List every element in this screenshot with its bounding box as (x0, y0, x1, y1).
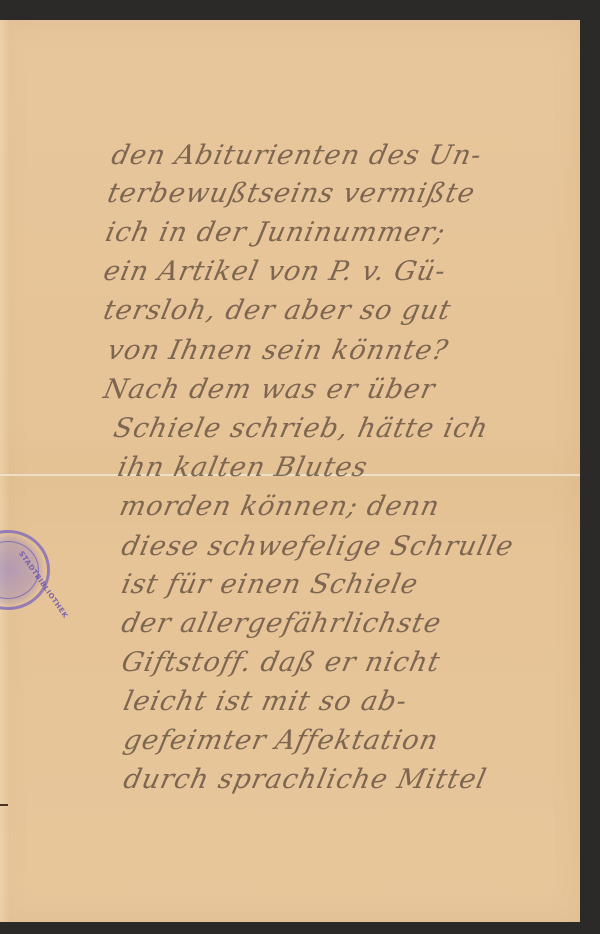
margin-ink-mark (0, 804, 8, 806)
letter-page: den Abiturienten des Un- terbewußtseins … (0, 20, 580, 922)
handwritten-line: den Abiturienten des Un- (109, 140, 485, 171)
handwritten-line: Nach dem was er über (101, 374, 439, 405)
handwritten-line: gefeimter Affektation (121, 725, 442, 756)
handwritten-line: tersloh, der aber so gut (101, 295, 454, 326)
handwritten-line: von Ihnen sein könnte? (105, 335, 452, 366)
handwritten-line: Schiele schrieb, hätte ich (111, 413, 492, 444)
handwritten-line: ist für einen Schiele (119, 569, 422, 600)
handwritten-line: Giftstoff. daß er nicht (119, 647, 444, 678)
handwritten-line: morden können; denn (117, 491, 443, 522)
handwritten-line: ihn kalten Blutes (115, 452, 371, 483)
handwritten-line: terbewußtseins vermißte (105, 178, 479, 209)
handwritten-line: ich in der Juninummer; (103, 217, 449, 248)
handwritten-text-block: den Abiturienten des Un- terbewußtseins … (0, 20, 580, 922)
handwritten-line: durch sprachliche Mittel (121, 764, 490, 795)
handwritten-line: der allergefährlichste (119, 608, 445, 639)
scan-frame: den Abiturienten des Un- terbewußtseins … (0, 0, 600, 934)
handwritten-line: leicht ist mit so ab- (121, 686, 411, 717)
handwritten-line: ein Artikel von P. v. Gü- (101, 256, 449, 287)
handwritten-line: diese schwefelige Schrulle (119, 531, 517, 562)
